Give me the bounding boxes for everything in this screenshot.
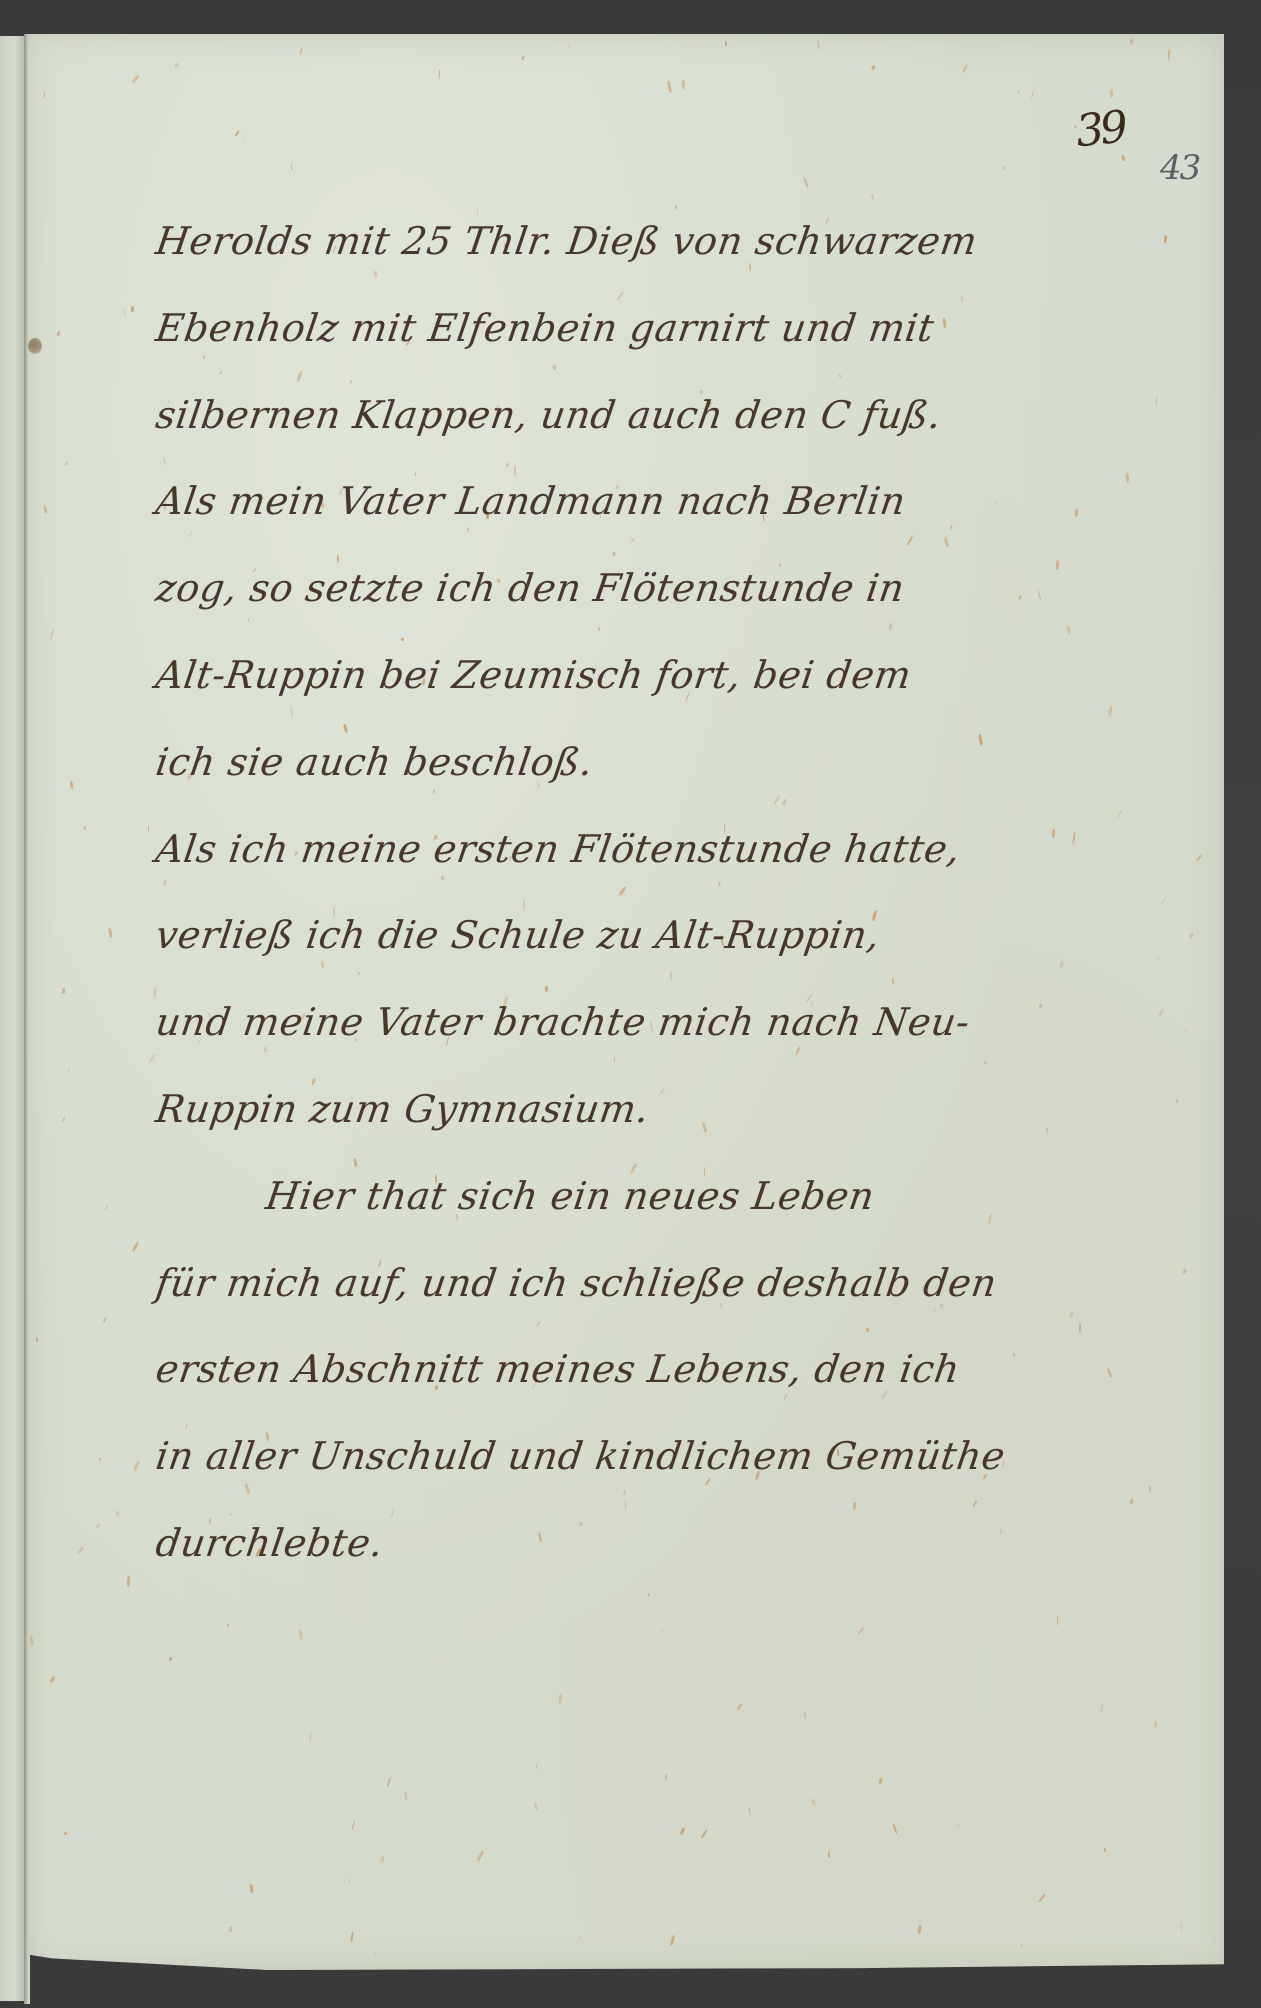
paper-fiber-speck [350, 1932, 354, 1942]
paper-fiber-speck [61, 1116, 65, 1123]
manuscript-text: Herolds mit 25 Thlr. Dieß von schwarzem … [150, 198, 930, 1587]
paper-fiber-speck [648, 1592, 651, 1596]
paper-fiber-speck [1075, 509, 1079, 517]
paper-fiber-speck [477, 1850, 485, 1862]
manuscript-line: Alt-Ruppin bei Zeumisch fort, bei dem [150, 632, 942, 719]
paper-fiber-speck [725, 41, 728, 47]
paper-fiber-speck [1160, 898, 1166, 905]
paper-fiber-speck [103, 1317, 107, 1323]
paper-fiber-speck [44, 91, 46, 98]
paper-fiber-speck [1066, 625, 1071, 633]
paper-fiber-speck [995, 501, 998, 505]
paper-fiber-speck [934, 1307, 936, 1312]
paper-fiber-speck [1158, 956, 1161, 960]
paper-fiber-speck [908, 1702, 910, 1705]
paper-fiber-speck [892, 1823, 898, 1835]
folio-number-ink: 39 [1073, 102, 1126, 158]
paper-fiber-speck [1038, 1894, 1045, 1903]
paper-fiber-speck [521, 56, 524, 60]
paper-fiber-speck [670, 1934, 676, 1946]
manuscript-line: und meine Vater brachte mich nach Neu- [150, 979, 942, 1066]
paper-fiber-speck [1059, 961, 1064, 969]
paper-fiber-speck [661, 1629, 664, 1632]
paper-fiber-speck [298, 1629, 302, 1640]
paper-fiber-speck [1159, 1009, 1165, 1017]
paper-fiber-speck [1185, 1029, 1186, 1032]
paper-fiber-speck [1038, 1003, 1042, 1008]
paper-fiber-speck [918, 1925, 923, 1934]
paper-fiber-speck [291, 164, 293, 171]
paper-fiber-speck [558, 1693, 562, 1705]
paper-fiber-speck [375, 1951, 377, 1956]
binding-hole [28, 338, 42, 354]
paper-fiber-speck [1130, 1499, 1134, 1504]
paper-fiber-speck [1002, 166, 1006, 170]
paper-fiber-speck [64, 1832, 67, 1836]
paper-fiber-speck [229, 1926, 232, 1932]
paper-fiber-speck [1126, 473, 1130, 483]
manuscript-line: Hier that sich ein neues Leben [150, 1153, 942, 1240]
paper-fiber-speck [1163, 235, 1167, 243]
facing-page-edge [0, 36, 24, 2001]
paper-fiber-speck [105, 1205, 109, 1210]
paper-fiber-speck [804, 177, 810, 188]
paper-fiber-speck [1149, 1486, 1152, 1492]
paper-fiber-speck [299, 48, 303, 55]
paper-fiber-speck [803, 1712, 806, 1719]
paper-fiber-speck [438, 69, 440, 79]
paper-fiber-speck [871, 65, 876, 70]
paper-fiber-speck [1106, 1368, 1112, 1378]
manuscript-line: ersten Abschnitt meines Lebens, den ich [150, 1326, 942, 1413]
paper-fiber-speck [858, 1626, 866, 1635]
paper-fiber-speck [77, 1546, 84, 1554]
paper-fiber-speck [1175, 1099, 1178, 1103]
paper-fiber-speck [972, 1500, 977, 1507]
paper-fiber-speck [1196, 854, 1202, 862]
paper-fiber-speck [99, 1458, 101, 1461]
folio-number-pencil: 43 [1160, 148, 1199, 188]
paper-fiber-speck [133, 1460, 141, 1472]
paper-fiber-speck [1045, 1127, 1048, 1133]
manuscript-line: verließ ich die Schule zu Alt-Ruppin, [150, 892, 942, 979]
paper-fiber-speck [1104, 1848, 1107, 1852]
paper-fiber-speck [29, 1635, 34, 1646]
paper-fiber-speck [977, 734, 982, 746]
paper-fiber-speck [380, 1856, 384, 1863]
paper-fiber-speck [1018, 595, 1022, 600]
paper-fiber-speck [1079, 1324, 1081, 1332]
manuscript-line: ich sie auch beschloß. [150, 719, 942, 806]
paper-fiber-speck [43, 505, 48, 515]
paper-fiber-speck [1117, 809, 1123, 818]
paper-fiber-speck [682, 80, 685, 89]
paper-fiber-speck [999, 1527, 1002, 1534]
paper-fiber-speck [127, 1576, 130, 1587]
paper-fiber-speck [944, 537, 950, 548]
paper-fiber-speck [535, 1764, 538, 1770]
paper-fiber-speck [352, 1820, 356, 1829]
paper-fiber-speck [49, 629, 55, 640]
manuscript-line: Herolds mit 25 Thlr. Dieß von schwarzem [150, 198, 942, 285]
paper-fiber-speck [949, 524, 953, 530]
paper-fiber-speck [534, 1801, 538, 1810]
paper-fiber-speck [1057, 1615, 1059, 1626]
paper-fiber-speck [960, 296, 963, 302]
paper-fiber-speck [108, 927, 113, 938]
paper-fiber-speck [405, 1792, 408, 1800]
paper-fiber-speck [1018, 90, 1019, 94]
paper-fiber-speck [243, 134, 246, 138]
paper-fiber-speck [700, 1830, 707, 1840]
paper-fiber-speck [988, 1213, 992, 1225]
paper-fiber-speck [1110, 89, 1113, 98]
paper-fiber-speck [234, 130, 240, 137]
paper-fiber-speck [984, 1060, 988, 1064]
manuscript-line: durchlebte. [150, 1500, 942, 1587]
paper-fiber-speck [667, 81, 672, 93]
paper-fiber-speck [387, 1777, 391, 1787]
paper-fiber-speck [131, 74, 140, 84]
paper-fiber-speck [748, 1806, 751, 1815]
paper-fiber-speck [115, 1510, 119, 1515]
paper-fiber-speck [1121, 155, 1126, 162]
paper-fiber-speck [1167, 49, 1170, 60]
paper-fiber-speck [168, 1656, 173, 1661]
paper-fiber-speck [62, 988, 65, 994]
paper-fiber-speck [1183, 1269, 1187, 1274]
paper-fiber-speck [227, 1624, 230, 1628]
paper-fiber-speck [1181, 1923, 1183, 1932]
paper-fiber-speck [1031, 90, 1034, 100]
paper-fiber-speck [828, 1851, 830, 1858]
paper-fiber-speck [36, 1337, 38, 1342]
paper-fiber-speck [250, 1884, 254, 1893]
paper-fiber-speck [942, 318, 946, 328]
paper-fiber-speck [1012, 1353, 1015, 1357]
paper-fiber-speck [962, 64, 968, 73]
paper-fiber-speck [1189, 933, 1194, 939]
paper-fiber-speck [1020, 1944, 1023, 1947]
paper-fiber-speck [131, 306, 134, 313]
paper-fiber-speck [349, 1878, 351, 1883]
manuscript-line: in aller Unschuld und kindlichem Gemüthe [150, 1413, 942, 1500]
paper-fiber-speck [680, 1826, 686, 1835]
manuscript-line: Ebenholz mit Elfenbein garnirt und mit [150, 285, 942, 372]
paper-fiber-speck [578, 1936, 581, 1942]
manuscript-line: Ruppin zum Gymnasium. [150, 1066, 942, 1153]
paper-fiber-speck [1153, 1721, 1157, 1729]
paper-fiber-speck [817, 40, 820, 50]
paper-fiber-speck [64, 462, 68, 467]
paper-fiber-speck [736, 1703, 743, 1711]
paper-fiber-speck [174, 63, 179, 69]
paper-fiber-speck [96, 1524, 100, 1528]
paper-fiber-speck [1108, 706, 1112, 716]
manuscript-line: silbernen Klappen, und auch den C fuß. [150, 372, 942, 459]
paper-fiber-speck [69, 781, 74, 789]
paper-fiber-speck [811, 1798, 815, 1804]
paper-fiber-speck [56, 330, 61, 336]
manuscript-line: für mich auf, und ich schließe deshalb d… [150, 1240, 942, 1327]
paper-fiber-speck [1155, 397, 1157, 404]
paper-fiber-speck [1055, 560, 1058, 570]
paper-fiber-speck [50, 1675, 57, 1683]
paper-fiber-speck [1072, 832, 1076, 844]
paper-fiber-speck [1069, 1312, 1074, 1319]
paper-fiber-speck [957, 1823, 960, 1828]
manuscript-line: zog, so setzte ich den Flötenstunde in [150, 545, 942, 632]
paper-fiber-speck [67, 1066, 71, 1074]
manuscript-line: Als ich meine ersten Flötenstunde hatte, [150, 806, 942, 893]
manuscript-line: Als mein Vater Landmann nach Berlin [150, 458, 942, 545]
paper-fiber-speck [664, 1773, 667, 1780]
paper-fiber-speck [1038, 590, 1042, 601]
paper-fiber-speck [84, 825, 87, 829]
paper-fiber-speck [309, 1731, 312, 1742]
paper-fiber-speck [1051, 829, 1055, 838]
paper-fiber-speck [878, 1778, 883, 1785]
paper-fiber-speck [1130, 38, 1134, 45]
paper-fiber-speck [568, 41, 571, 48]
paper-fiber-speck [131, 1241, 139, 1252]
paper-fiber-speck [124, 310, 126, 316]
paper-fiber-speck [1100, 1704, 1103, 1714]
